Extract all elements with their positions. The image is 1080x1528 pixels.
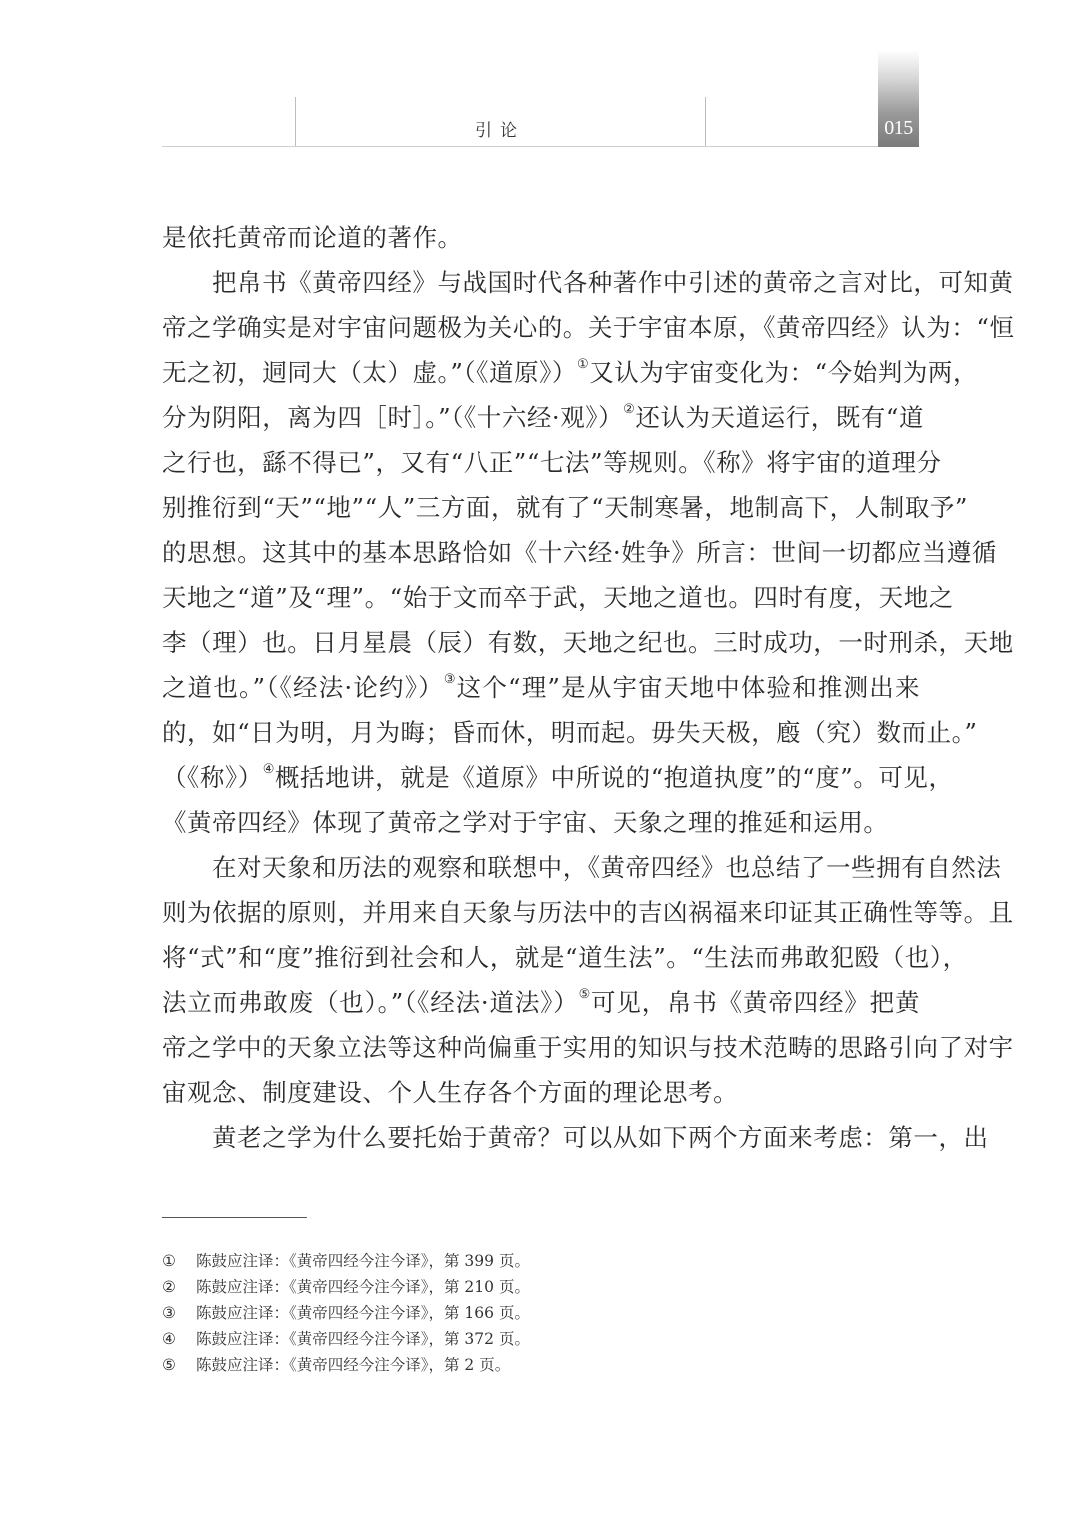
text-line: 无之初，迵同大（太）虚。”（《道原》）①又认为宇宙变化为：“今始判为两，	[162, 350, 920, 395]
footnote-mark: ②	[162, 1274, 196, 1300]
text-line: 是依托黄帝而论道的著作。	[162, 215, 920, 260]
footnote-item: ②陈鼓应注译：《黄帝四经今注今译》，第 210 页。	[162, 1274, 530, 1300]
text-line: 宙观念、制度建设、个人生存各个方面的理论思考。	[162, 1070, 920, 1115]
running-head: 引论	[295, 116, 705, 141]
text-line: 法立而弗敢废（也）。”（《经法·道法》）⑤可见，帛书《黄帝四经》把黄	[162, 980, 920, 1025]
footnote-text: 陈鼓应注译：《黄帝四经今注今译》，第 399 页。	[196, 1252, 530, 1270]
text-line: 帝之学确实是对宇宙问题极为关心的。关于宇宙本原，《黄帝四经》认为：“恒	[162, 305, 920, 350]
footnote-text: 陈鼓应注译：《黄帝四经今注今译》，第 2 页。	[196, 1356, 510, 1374]
header-divider-right	[705, 97, 706, 147]
footnote-item: ③陈鼓应注译：《黄帝四经今注今译》，第 166 页。	[162, 1300, 530, 1326]
footnotes: ①陈鼓应注译：《黄帝四经今注今译》，第 399 页。②陈鼓应注译：《黄帝四经今注…	[162, 1248, 530, 1378]
footnote-text: 陈鼓应注译：《黄帝四经今注今译》，第 210 页。	[196, 1278, 530, 1296]
footnote-ref: ③	[444, 672, 457, 687]
footnote-item: ⑤陈鼓应注译：《黄帝四经今注今译》，第 2 页。	[162, 1352, 530, 1378]
text-line: 李（理）也。日月星晨（辰）有数，天地之纪也。三时成功，一时刑杀，天地	[162, 620, 920, 665]
footnote-rule	[162, 1217, 307, 1218]
header-rule	[162, 146, 878, 147]
text-line: 别推衍到“天”“地”“人”三方面，就有了“天制寒暑，地制高下，人制取予”	[162, 485, 920, 530]
text-line: （《称》）④概括地讲，就是《道原》中所说的“抱道执度”的“度”。可见，	[162, 755, 920, 800]
footnote-ref: ④	[263, 762, 275, 777]
page-number-tab: 015	[878, 50, 919, 147]
page-number: 015	[878, 117, 919, 140]
text-line: 在对天象和历法的观察和联想中，《黄帝四经》也总结了一些拥有自然法	[162, 845, 920, 890]
text-line: 《黄帝四经》体现了黄帝之学对于宇宙、天象之理的推延和运用。	[162, 800, 920, 845]
footnote-text: 陈鼓应注译：《黄帝四经今注今译》，第 166 页。	[196, 1304, 530, 1322]
footnote-ref: ②	[623, 402, 635, 417]
footnote-ref: ①	[577, 357, 589, 372]
text-line: 帝之学中的天象立法等这种尚偏重于实用的知识与技术范畴的思路引向了对宇	[162, 1025, 920, 1070]
text-line: 将“式”和“度”推衍到社会和人，就是“道生法”。“生法而弗敢犯殹（也），	[162, 935, 920, 980]
footnote-mark: ⑤	[162, 1352, 196, 1378]
footnote-item: ①陈鼓应注译：《黄帝四经今注今译》，第 399 页。	[162, 1248, 530, 1274]
text-line: 之行也，繇不得已”，又有“八正”“七法”等规则。《称》将宇宙的道理分	[162, 440, 920, 485]
text-line: 的，如“日为明，月为晦；昏而休，明而起。毋失天极，廏（究）数而止。”	[162, 710, 920, 755]
text-line: 的思想。这其中的基本思路恰如《十六经·姓争》所言：世间一切都应当遵循	[162, 530, 920, 575]
footnote-mark: ③	[162, 1300, 196, 1326]
text-line: 黄老之学为什么要托始于黄帝？可以从如下两个方面来考虑：第一，出	[162, 1115, 920, 1160]
text-line: 则为依据的原则，并用来自天象与历法中的吉凶祸福来印证其正确性等等。且	[162, 890, 920, 935]
text-line: 把帛书《黄帝四经》与战国时代各种著作中引述的黄帝之言对比，可知黄	[162, 260, 920, 305]
footnote-ref: ⑤	[579, 987, 591, 1002]
footnote-mark: ④	[162, 1326, 196, 1352]
text-line: 分为阴阳，离为四［时］。”（《十六经·观》）②还认为天道运行，既有“道	[162, 395, 920, 440]
text-line: 之道也。”（《经法·论约》）③这个“理”是从宇宙天地中体验和推测出来	[162, 665, 920, 710]
footnote-mark: ①	[162, 1248, 196, 1274]
footnote-item: ④陈鼓应注译：《黄帝四经今注今译》，第 372 页。	[162, 1326, 530, 1352]
footnote-text: 陈鼓应注译：《黄帝四经今注今译》，第 372 页。	[196, 1330, 530, 1348]
text-line: 天地之“道”及“理”。“始于文而卒于武，天地之道也。四时有度，天地之	[162, 575, 920, 620]
body-text: 是依托黄帝而论道的著作。把帛书《黄帝四经》与战国时代各种著作中引述的黄帝之言对比…	[162, 215, 920, 1160]
